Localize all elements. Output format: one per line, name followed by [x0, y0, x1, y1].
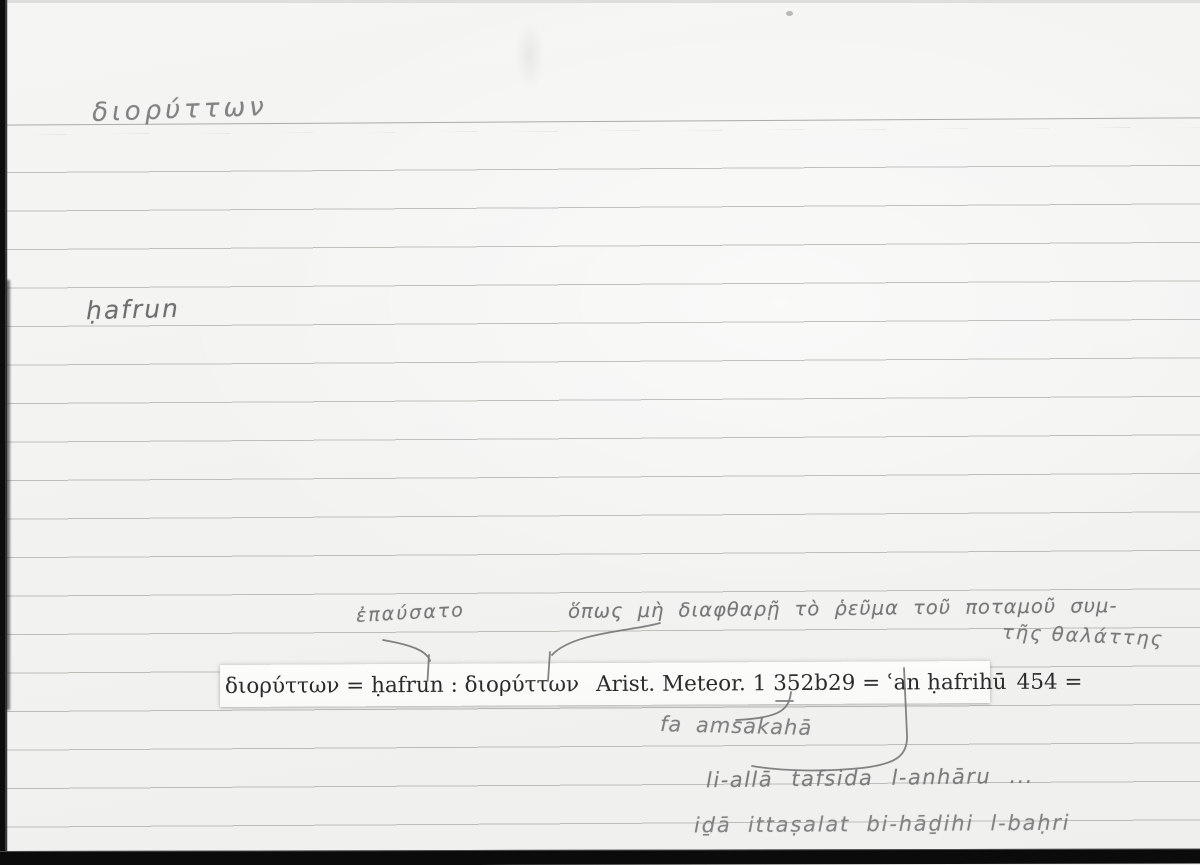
scan-left-edge-blotch [6, 280, 10, 710]
handwritten-arabic-gloss-3: iḏā ittaṣalat bi-hāḏihi l-baḥri [694, 811, 1071, 838]
handwritten-arabic-gloss-2: li-allā tafsida l-anhāru ... [706, 764, 1034, 793]
printed-entry: διορύττων = ḥafrun : διορύττων [225, 672, 579, 699]
printed-page-number: 454 = [1017, 669, 1083, 694]
handwritten-greek-headword: διορύττων [92, 92, 269, 128]
scan-smudge [515, 20, 545, 90]
printed-reference: Arist. Meteor. 1 352b29 = ʿan ḥafrihū [596, 669, 1007, 696]
ruled-lines-layer [0, 0, 1200, 865]
scanned-index-card: διορύττων ḥafrun ἐπαύσατο ὅπως μὴ διαφθα… [0, 0, 1200, 865]
handwritten-arabic-headword: ḥafrun [86, 294, 181, 325]
scan-speck [786, 11, 793, 16]
ruled-lines [0, 127, 1200, 833]
scan-top-edge [0, 0, 1200, 3]
scan-bottom-edge [0, 848, 1200, 865]
printed-slip: διορύττων = ḥafrun : διορύττων Arist. Me… [220, 661, 990, 707]
handwritten-arabic-gloss-1: fa amsakahā [660, 712, 813, 740]
